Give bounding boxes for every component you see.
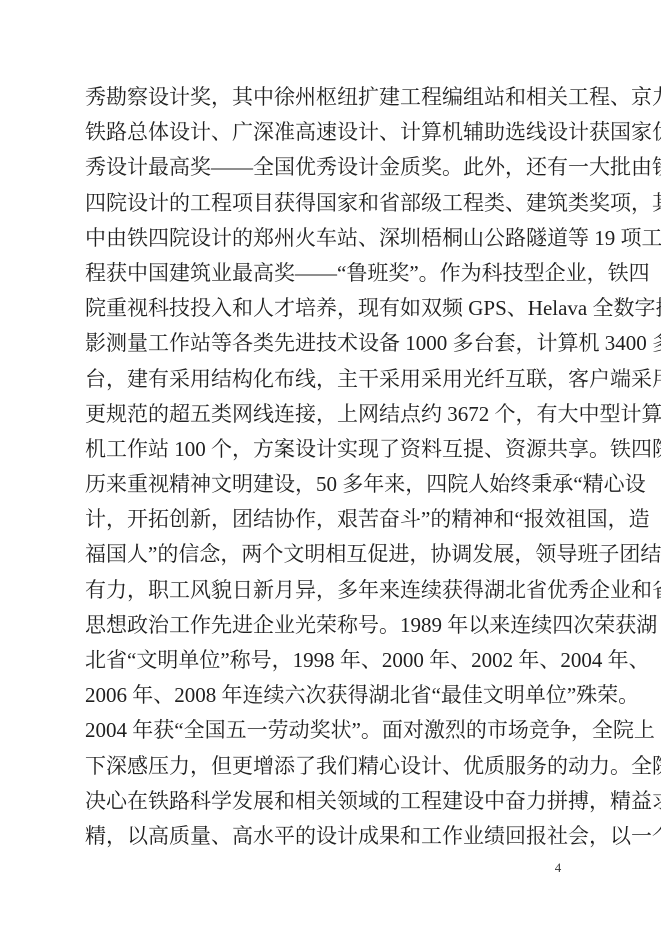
text-line: 历来重视精神文明建设，50 多年来，四院人始终秉承“精心设	[85, 467, 579, 502]
paragraph: 秀勘察设计奖，其中徐州枢纽扩建工程编组站和相关工程、京九铁路总体设计、广深准高速…	[85, 80, 579, 854]
text-line: 铁路总体设计、广深准高速设计、计算机辅助选线设计获国家优	[85, 115, 579, 150]
text-line: 更规范的超五类网线连接，上网结点约 3672 个，有大中型计算	[85, 397, 579, 432]
text-line: 2004 年获“全国五一劳动奖状”。面对激烈的市场竞争，全院上	[85, 713, 579, 748]
text-line: 中由铁四院设计的郑州火车站、深圳梧桐山公路隧道等 19 项工	[85, 221, 579, 256]
text-line: 决心在铁路科学发展和相关领域的工程建设中奋力拼搏，精益求	[85, 784, 579, 819]
text-line: 精，以高质量、高水平的设计成果和工作业绩回报社会，以一个	[85, 819, 579, 854]
page-number: 4	[546, 860, 570, 876]
text-line: 秀勘察设计奖，其中徐州枢纽扩建工程编组站和相关工程、京九	[85, 80, 579, 115]
text-line: 2006 年、2008 年连续六次获得湖北省“最佳文明单位”殊荣。	[85, 678, 579, 713]
text-line: 台，建有采用结构化布线，主干采用采用光纤互联，客户端采用	[85, 362, 579, 397]
document-page: 秀勘察设计奖，其中徐州枢纽扩建工程编组站和相关工程、京九铁路总体设计、广深准高速…	[0, 0, 661, 935]
text-line: 思想政治工作先进企业光荣称号。1989 年以来连续四次荣获湖	[85, 608, 579, 643]
text-line: 福国人”的信念，两个文明相互促进，协调发展，领导班子团结	[85, 537, 579, 572]
text-line: 秀设计最高奖——全国优秀设计金质奖。此外，还有一大批由铁	[85, 150, 579, 185]
text-line: 机工作站 100 个，方案设计实现了资料互提、资源共享。铁四院	[85, 432, 579, 467]
text-line: 程获中国建筑业最高奖——“鲁班奖”。作为科技型企业，铁四	[85, 256, 579, 291]
text-line: 下深感压力，但更增添了我们精心设计、优质服务的动力。全院	[85, 749, 579, 784]
text-line: 计，开拓创新，团结协作，艰苦奋斗”的精神和“报效祖国，造	[85, 502, 579, 537]
text-line: 四院设计的工程项目获得国家和省部级工程类、建筑类奖项，其	[85, 186, 579, 221]
text-line: 有力，职工风貌日新月异，多年来连续获得湖北省优秀企业和省	[85, 573, 579, 608]
text-line: 北省“文明单位”称号，1998 年、2000 年、2002 年、2004 年、	[85, 643, 579, 678]
text-line: 院重视科技投入和人才培养，现有如双频 GPS、Helava 全数字摄	[85, 291, 579, 326]
text-line: 影测量工作站等各类先进技术设备 1000 多台套，计算机 3400 多	[85, 326, 579, 361]
